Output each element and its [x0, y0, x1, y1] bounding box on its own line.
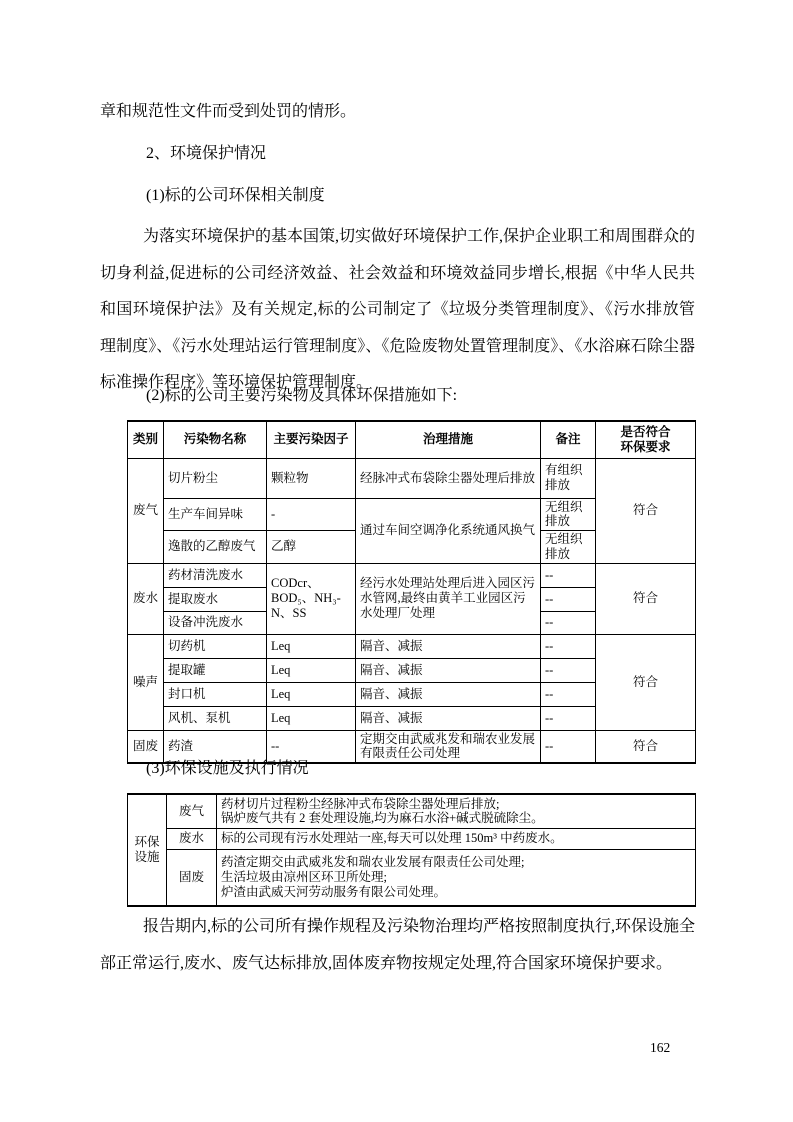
subsection-heading-1: (1)标的公司环保相关制度 [146, 184, 325, 208]
cell-facility-label: 固废 [167, 849, 217, 906]
intro-paragraph: 章和规范性文件而受到处罚的情形。 [100, 94, 695, 131]
table-header-row: 类别 污染物名称 主要污染因子 治理措施 备注 是否符合 环保要求 [128, 421, 696, 458]
table-row: 噪声 切药机 Leq 隔音、减振 -- 符合 [128, 634, 696, 658]
section-heading-environment: 2、环境保护情况 [146, 142, 266, 166]
cell-remark: -- [541, 682, 596, 706]
cell-pollution-factor: - [267, 498, 356, 531]
facilities-table: 环保 设施 废气 药材切片过程粉尘经脉冲式布袋除尘器处理后排放; 锅炉废气共有 … [127, 793, 696, 907]
subsection-heading-3: (3)环保设施及执行情况 [146, 757, 309, 781]
cell-treatment: 经脉冲式布袋除尘器处理后排放 [356, 458, 541, 498]
cell-category-water: 废水 [128, 563, 164, 634]
cell-remark: -- [541, 587, 596, 611]
cell-pollutant-name: 切药机 [164, 634, 267, 658]
table-row: 废水 标的公司现有污水处理站一座,每天可以处理 150m³ 中药废水。 [128, 828, 696, 849]
cell-remark: -- [541, 658, 596, 682]
cell-pollution-factor: 乙醇 [267, 531, 356, 564]
table-row: 废水 药材清洗废水 CODcr、BOD₅、NH₃-N、SS 经污水处理站处理后进… [128, 563, 696, 587]
cell-remark: -- [541, 634, 596, 658]
table-row: 环保 设施 废气 药材切片过程粉尘经脉冲式布袋除尘器处理后排放; 锅炉废气共有 … [128, 794, 696, 828]
header-compliance: 是否符合 环保要求 [596, 421, 696, 458]
cell-pollutant-name: 切片粉尘 [164, 458, 267, 498]
cell-treatment: 隔音、减振 [356, 658, 541, 682]
header-treatment: 治理措施 [356, 421, 541, 458]
cell-treatment: 隔音、减振 [356, 634, 541, 658]
cell-pollutant-name: 设备冲洗废水 [164, 611, 267, 634]
page-number: 162 [650, 1040, 670, 1056]
cell-remark: 无组织 排放 [541, 498, 596, 531]
cell-treatment: 通过车间空调净化系统通风换气 [356, 498, 541, 563]
table-row: 固废 药渣定期交由武威兆发和瑞农业发展有限责任公司处理; 生活垃圾由凉州区环卫所… [128, 849, 696, 906]
policy-paragraph: 为落实环境保护的基本国策,切实做好环境保护工作,保护企业职工和周围群众的切身利益… [100, 219, 695, 402]
cell-facility-content: 药材切片过程粉尘经脉冲式布袋除尘器处理后排放; 锅炉废气共有 2 套处理设施,均… [217, 794, 696, 828]
cell-pollution-factor: Leq [267, 682, 356, 706]
cell-pollutant-name: 药材清洗废水 [164, 563, 267, 587]
table-row: 废气 切片粉尘 颗粒物 经脉冲式布袋除尘器处理后排放 有组织 排放 符合 [128, 458, 696, 498]
cell-compliance-water: 符合 [596, 563, 696, 634]
pollutants-table: 类别 污染物名称 主要污染因子 治理措施 备注 是否符合 环保要求 废气 切片粉… [127, 420, 696, 764]
cell-remark: -- [541, 706, 596, 730]
cell-pollutant-name: 生产车间异味 [164, 498, 267, 531]
cell-pollution-factor: 颗粒物 [267, 458, 356, 498]
cell-treatment: 隔音、减振 [356, 706, 541, 730]
subsection-heading-2: (2)标的公司主要污染物及具体环保措施如下: [146, 384, 457, 408]
cell-treatment: 定期交由武威兆发和瑞农业发展有限责任公司处理 [356, 730, 541, 763]
cell-remark: -- [541, 730, 596, 763]
cell-pollution-factor: Leq [267, 658, 356, 682]
cell-facility-label: 废气 [167, 794, 217, 828]
header-pollution-factor: 主要污染因子 [267, 421, 356, 458]
cell-pollutant-name: 提取罐 [164, 658, 267, 682]
cell-facility-content: 标的公司现有污水处理站一座,每天可以处理 150m³ 中药废水。 [217, 828, 696, 849]
header-category: 类别 [128, 421, 164, 458]
cell-pollution-factor: CODcr、BOD₅、NH₃-N、SS [267, 563, 356, 634]
cell-compliance-gas: 符合 [596, 458, 696, 563]
cell-pollutant-name: 提取废水 [164, 587, 267, 611]
cell-remark: -- [541, 611, 596, 634]
cell-facility-content: 药渣定期交由武威兆发和瑞农业发展有限责任公司处理; 生活垃圾由凉州区环卫所处理;… [217, 849, 696, 906]
document-page: 章和规范性文件而受到处罚的情形。 2、环境保护情况 (1)标的公司环保相关制度 … [0, 0, 793, 1122]
cell-category-noise: 噪声 [128, 634, 164, 730]
cell-remark: 有组织 排放 [541, 458, 596, 498]
cell-treatment: 经污水处理站处理后进入园区污水管网,最终由黄羊工业园区污水处理厂处理 [356, 563, 541, 634]
cell-pollutant-name: 逸散的乙醇废气 [164, 531, 267, 564]
cell-facility-category: 环保 设施 [128, 794, 167, 906]
cell-remark: -- [541, 563, 596, 587]
cell-compliance-noise: 符合 [596, 634, 696, 730]
cell-pollutant-name: 风机、泵机 [164, 706, 267, 730]
cell-compliance-solid: 符合 [596, 730, 696, 763]
cell-pollutant-name: 封口机 [164, 682, 267, 706]
closing-paragraph: 报告期内,标的公司所有操作规程及污染物治理均严格按照制度执行,环保设施全部正常运… [100, 909, 695, 982]
cell-treatment: 隔音、减振 [356, 682, 541, 706]
header-pollutant-name: 污染物名称 [164, 421, 267, 458]
cell-pollution-factor: Leq [267, 706, 356, 730]
cell-category-gas: 废气 [128, 458, 164, 563]
cell-pollution-factor: Leq [267, 634, 356, 658]
header-remark: 备注 [541, 421, 596, 458]
cell-remark: 无组织 排放 [541, 531, 596, 564]
cell-facility-label: 废水 [167, 828, 217, 849]
